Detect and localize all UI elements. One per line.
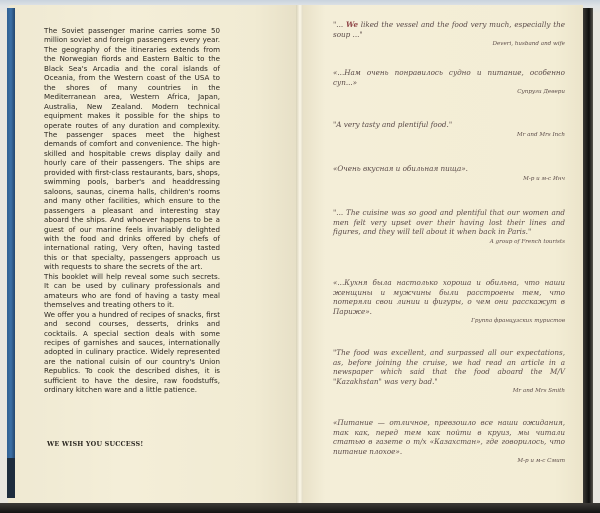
testimonial-en: "A very tasty and plentiful food." Mr an… xyxy=(333,120,565,140)
intro-paragraph: This booklet will help reveal some such … xyxy=(44,272,220,310)
testimonial-ru: «...Нам очень понравилось судно и питани… xyxy=(333,68,565,97)
testimonial-attribution: М-р и м-с Инч xyxy=(333,175,565,184)
closing-wish: WE WISH YOU SUCCESS! xyxy=(47,440,143,448)
testimonial-en: "... We liked the vessel and the food ve… xyxy=(333,20,565,49)
testimonial-ru: «Очень вкусная и обильная пища». М-р и м… xyxy=(333,164,565,184)
testimonial-attribution: Группа французских туристов xyxy=(333,317,565,326)
testimonial-quote: «Очень вкусная и обильная пища». xyxy=(333,164,565,174)
testimonial-attribution: М-р и м-с Смит xyxy=(333,457,565,466)
testimonial-quote: "... We liked the vessel and the food ve… xyxy=(333,20,565,39)
quote-body: liked the vessel and the food very much,… xyxy=(333,20,565,39)
intro-text: The Soviet passenger marine carries some… xyxy=(44,26,220,395)
testimonial-en: "... The cuisine was so good and plentif… xyxy=(333,208,565,247)
testimonial-ru: «...Кухня была настолько хороша и обильн… xyxy=(333,278,565,326)
testimonial-attribution: A group of French tourists xyxy=(333,238,565,247)
intro-paragraph: We offer you a hundred of recipes of sna… xyxy=(44,310,220,395)
booklet-spread: The Soviet passenger marine carries some… xyxy=(0,0,600,513)
testimonial-quote: "The food was excellent, and surpassed a… xyxy=(333,348,565,386)
quote-lead: "... xyxy=(333,20,346,29)
cover-edge xyxy=(583,8,593,508)
testimonial-quote: «...Кухня была настолько хороша и обильн… xyxy=(333,278,565,316)
testimonial-attribution: Mr and Mrs Inch xyxy=(333,131,565,140)
testimonial-attribution: Deveri, husband and wife xyxy=(333,40,565,49)
testimonial-quote: "... The cuisine was so good and plentif… xyxy=(333,208,565,237)
quote-accent-word: We xyxy=(346,20,358,29)
testimonial-ru: «Питание — отличное, превзошло все наши … xyxy=(333,418,565,466)
testimonial-quote: «...Нам очень понравилось судно и питани… xyxy=(333,68,565,87)
testimonial-quote: "A very tasty and plentiful food." xyxy=(333,120,565,130)
bottom-shadow xyxy=(0,503,600,513)
testimonial-attribution: Mr and Mrs Smith xyxy=(333,387,565,396)
testimonial-quote: «Питание — отличное, превзошло все наши … xyxy=(333,418,565,456)
testimonial-attribution: Супруги Девери xyxy=(333,88,565,97)
intro-paragraph: The Soviet passenger marine carries some… xyxy=(44,26,220,272)
cover-spine-strip xyxy=(7,8,15,498)
testimonial-en: "The food was excellent, and surpassed a… xyxy=(333,348,565,396)
